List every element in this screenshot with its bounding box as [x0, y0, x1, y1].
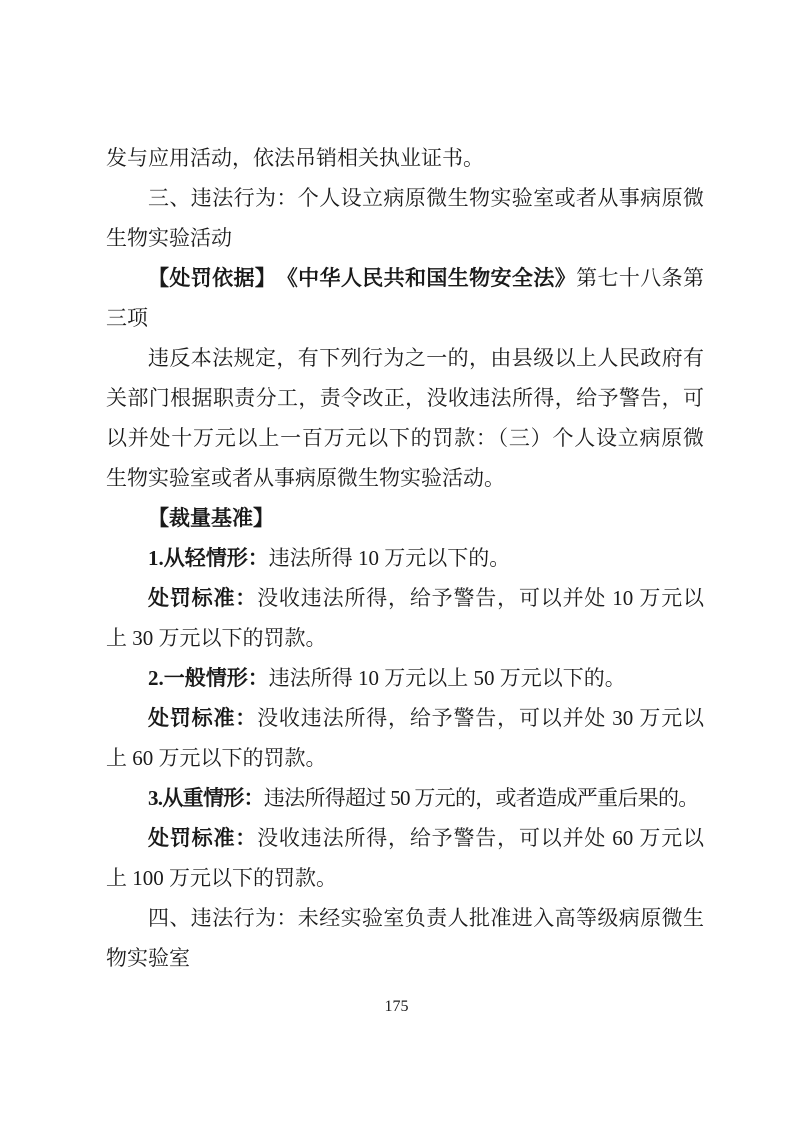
paragraph: 1.从轻情形：违法所得 10 万元以下的。 — [106, 538, 704, 578]
paragraph: 处罚标准：没收违法所得，给予警告，可以并处 30 万元以上 60 万元以下的罚款… — [106, 698, 704, 778]
document-page: 发与应用活动，依法吊销相关执业证书。三、违法行为：个人设立病原微生物实验室或者从… — [0, 0, 793, 1122]
text-segment: 1.从轻情形： — [148, 546, 269, 570]
text-segment: 处罚标准： — [148, 586, 257, 610]
text-segment: 违反本法规定，有下列行为之一的，由县级以上人民政府有关部门根据职责分工，责令改正… — [106, 346, 704, 490]
text-segment: 处罚标准： — [148, 826, 257, 850]
text-segment: 违法所得超过 50 万元的，或者造成严重后果的。 — [264, 786, 699, 810]
text-segment: 《中华人民共和国生物安全法》 — [287, 266, 576, 290]
page-footer: 175 — [0, 997, 793, 1017]
paragraph: 三、违法行为：个人设立病原微生物实验室或者从事病原微生物实验活动 — [106, 178, 704, 258]
text-segment: 2.一般情形： — [148, 666, 269, 690]
text-segment — [266, 266, 287, 290]
paragraph: 【裁量基准】 — [106, 498, 704, 538]
text-segment: 处罚标准： — [148, 706, 257, 730]
document-body: 发与应用活动，依法吊销相关执业证书。三、违法行为：个人设立病原微生物实验室或者从… — [106, 138, 704, 978]
text-segment: 发与应用活动，依法吊销相关执业证书。 — [106, 146, 484, 170]
text-segment: 【裁量基准】 — [148, 506, 274, 530]
text-segment: 四、违法行为：未经实验室负责人批准进入高等级病原微生物实验室 — [106, 906, 704, 970]
paragraph: 违反本法规定，有下列行为之一的，由县级以上人民政府有关部门根据职责分工，责令改正… — [106, 338, 704, 498]
paragraph: 四、违法行为：未经实验室负责人批准进入高等级病原微生物实验室 — [106, 898, 704, 978]
text-segment: 3.从重情形： — [148, 786, 264, 810]
paragraph: 3.从重情形：违法所得超过 50 万元的，或者造成严重后果的。 — [106, 778, 704, 818]
text-segment: 【处罚依据】 — [148, 266, 266, 290]
paragraph: 处罚标准：没收违法所得，给予警告，可以并处 10 万元以上 30 万元以下的罚款… — [106, 578, 704, 658]
text-segment: 违法所得 10 万元以下的。 — [269, 546, 511, 570]
page-number: 175 — [385, 998, 409, 1015]
paragraph: 处罚标准：没收违法所得，给予警告，可以并处 60 万元以上 100 万元以下的罚… — [106, 818, 704, 898]
paragraph: 2.一般情形：违法所得 10 万元以上 50 万元以下的。 — [106, 658, 704, 698]
paragraph: 【处罚依据】 《中华人民共和国生物安全法》第七十八条第三项 — [106, 258, 704, 338]
text-segment: 三、违法行为：个人设立病原微生物实验室或者从事病原微生物实验活动 — [106, 186, 704, 250]
paragraph: 发与应用活动，依法吊销相关执业证书。 — [106, 138, 704, 178]
text-segment: 违法所得 10 万元以上 50 万元以下的。 — [269, 666, 626, 690]
